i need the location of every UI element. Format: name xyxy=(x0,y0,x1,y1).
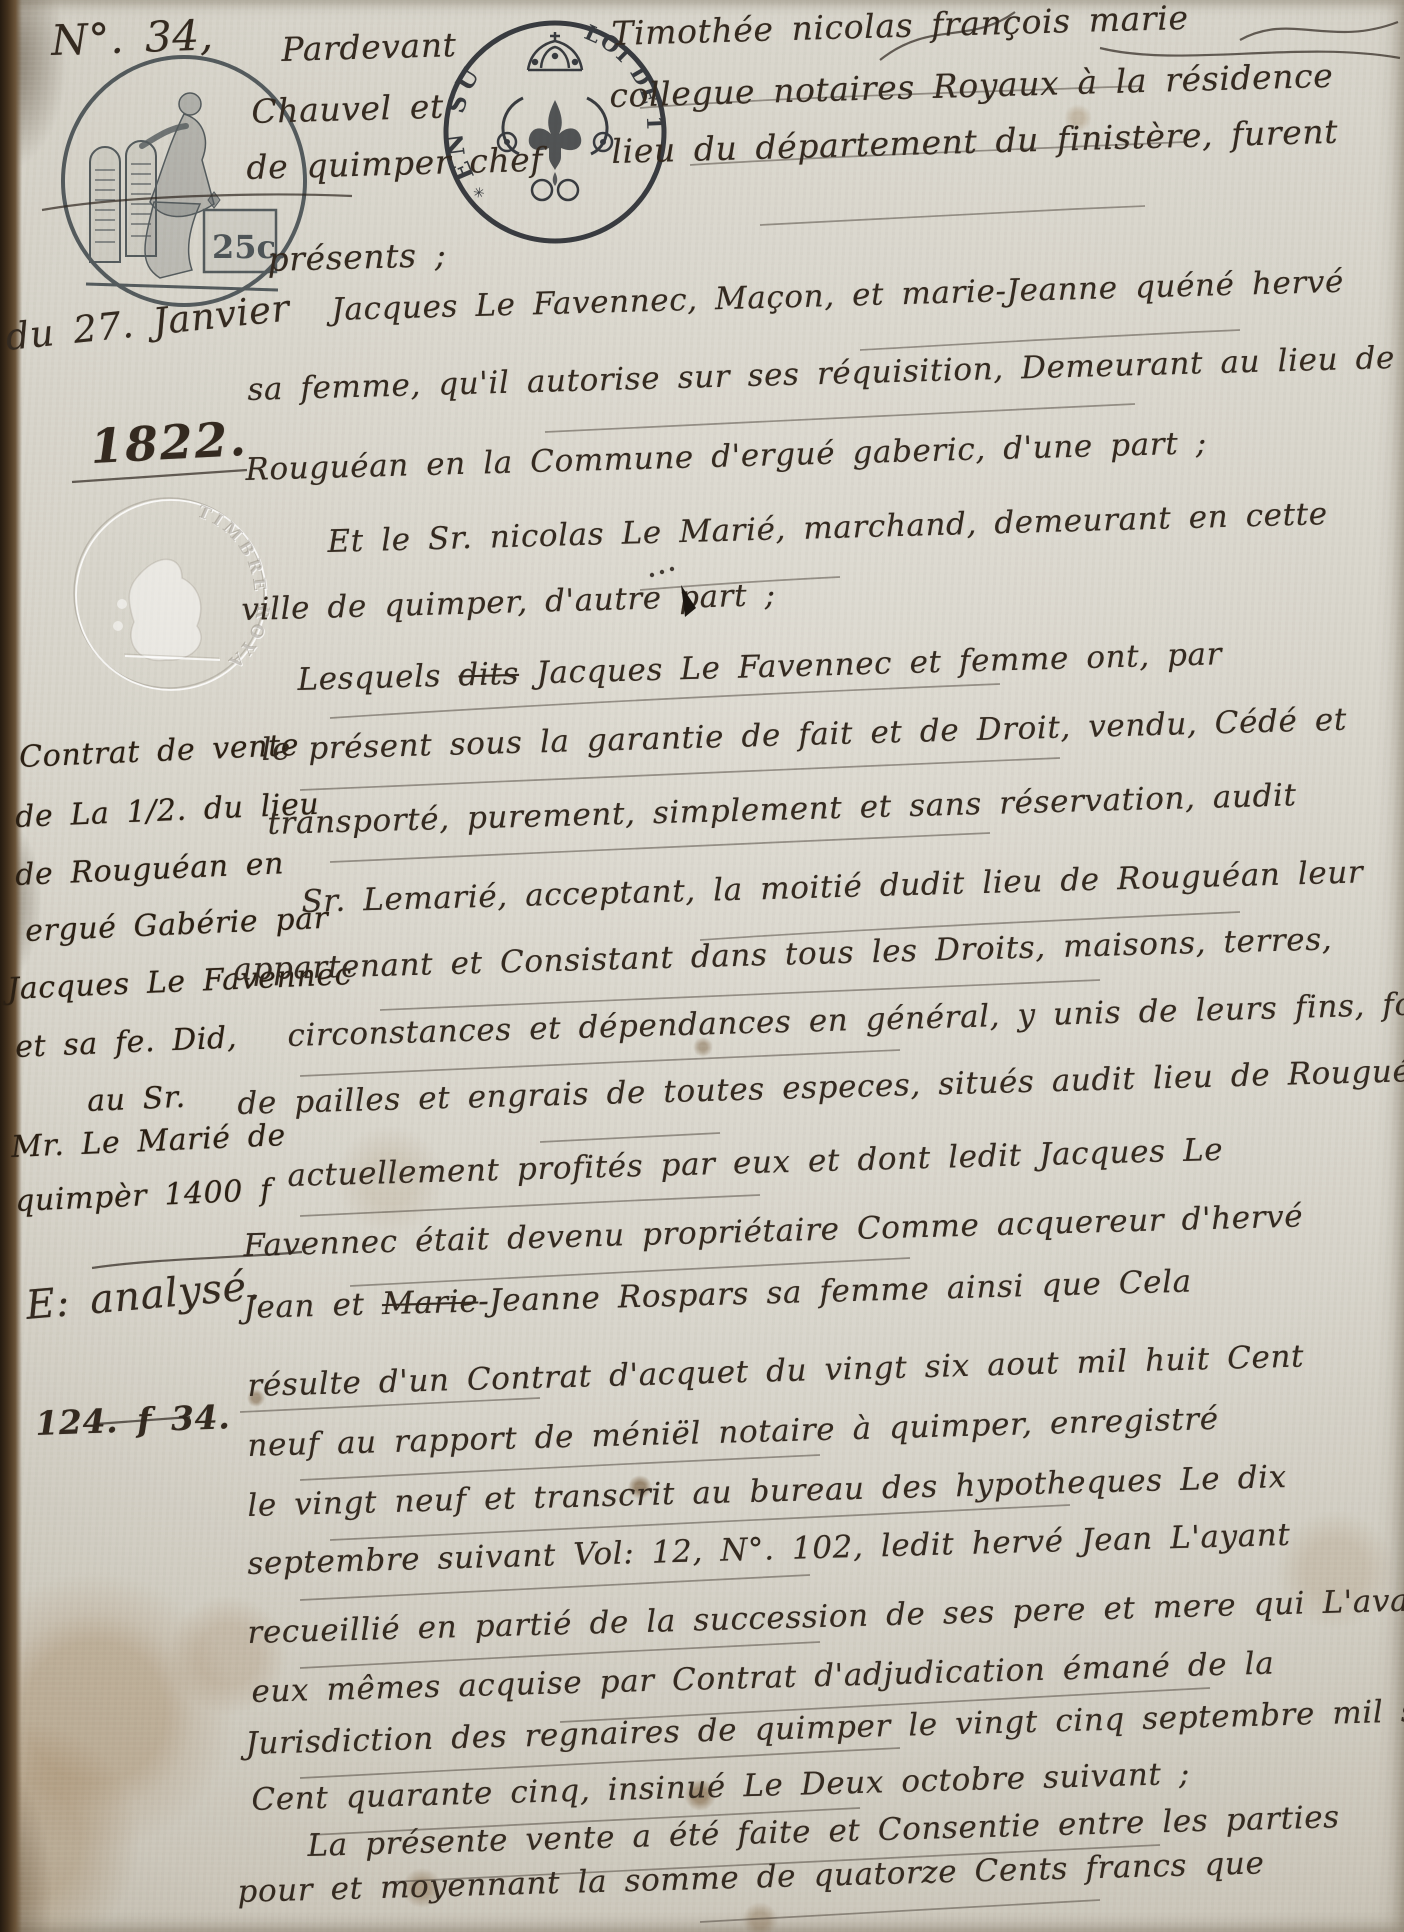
margin-note-line: ergué Gabérie par xyxy=(24,901,329,949)
body-line-segment: Jacques Le Favennec et femme ont, par xyxy=(519,636,1223,692)
body-line: recueillié en partié de la succession de… xyxy=(247,1581,1404,1651)
margin-note-line: au Sr. xyxy=(86,1080,186,1119)
margin-note-line: Contrat de vente xyxy=(18,728,299,775)
struck-word: dits xyxy=(458,656,520,694)
body-line: Jacques Le Favennec, Maçon, et marie-Jea… xyxy=(331,264,1344,328)
body-line: sa femme, qu'il autorise sur ses réquisi… xyxy=(247,340,1395,408)
left-binding-edge xyxy=(0,0,22,1932)
body-line: de quimper chef xyxy=(246,140,544,187)
body-line-segment: -Jeanne Rospars sa femme ainsi que Cela xyxy=(478,1264,1192,1320)
body-line: le vingt neuf et transcrit au bureau des… xyxy=(247,1459,1287,1524)
body-line: eux mêmes acquise par Contrat d'adjudica… xyxy=(251,1645,1275,1710)
body-line: Favennec était devenu propriétaire Comme… xyxy=(243,1198,1304,1264)
body-line: actuellement profités par eux et dont le… xyxy=(287,1132,1224,1194)
svg-text:TIMBRE: TIMBRE xyxy=(194,502,270,596)
body-line: présents ; xyxy=(267,235,447,279)
margin-note-line: et sa fe. Did, xyxy=(14,1020,237,1065)
body-line: transporté, purement, simplement et sans… xyxy=(267,777,1297,842)
margin-note-line: Mr. Le Marié de xyxy=(10,1118,286,1165)
body-line: résulte d'un Contrat d'acquet du vingt s… xyxy=(247,1339,1305,1404)
body-line: Jean et Marie-Jeanne Rospars sa femme ai… xyxy=(243,1264,1192,1326)
margin-note-line: de Rouguéan en xyxy=(14,846,284,893)
body-line: de pailles et engrais de toutes especes,… xyxy=(237,1052,1404,1122)
margin-note-line: quimpèr 1400 f xyxy=(14,1173,272,1219)
body-line: Timothée nicolas françois marie xyxy=(611,0,1189,53)
body-line-segment: Lesquels xyxy=(297,658,459,698)
body-line: Pardevant xyxy=(281,25,457,69)
struck-word: Marie xyxy=(381,1283,478,1322)
manuscript-page: TIMBRE TIMBRE ROYAL. ROYAL. xyxy=(0,0,1404,1932)
body-line: ville de quimper, d'autre part ; xyxy=(241,577,776,628)
body-line: Sr. Lemarié, acceptant, la moitié dudit … xyxy=(301,854,1364,920)
body-line: Rouguéan en la Commune d'ergué gaberic, … xyxy=(245,425,1207,488)
body-line-segment: Jean et xyxy=(243,1286,382,1326)
folio-note: 124. f 34. xyxy=(35,1397,231,1443)
body-line: lieu du département du finistère, furent xyxy=(611,112,1339,171)
body-line: Et le Sr. nicolas Le Marié, marchand, de… xyxy=(327,496,1328,560)
registration-mark: E: analysé. xyxy=(24,1263,262,1329)
body-line: collegue notaires Royaux à la résidence xyxy=(609,56,1334,115)
embossed-timbre-royal-stamp: TIMBRE TIMBRE ROYAL. ROYAL. xyxy=(70,494,270,694)
body-line: neuf au rapport de méniël notaire à quim… xyxy=(247,1401,1219,1464)
body-line: Chauvel et xyxy=(251,87,444,131)
body-line: le présent sous la garantie de fait et d… xyxy=(261,702,1347,768)
body-line: circonstances et dépendances en général,… xyxy=(287,985,1404,1054)
body-line: septembre suivant Vol: 12, N°. 102, ledi… xyxy=(247,1517,1291,1582)
margin-act-number: N°. 34, xyxy=(50,10,214,65)
margin-year: 1822. xyxy=(89,412,249,475)
body-line: Lesquels dits Jacques Le Favennec et fem… xyxy=(297,636,1223,698)
body-line: appartenant et Consistant dans tous les … xyxy=(233,921,1333,988)
